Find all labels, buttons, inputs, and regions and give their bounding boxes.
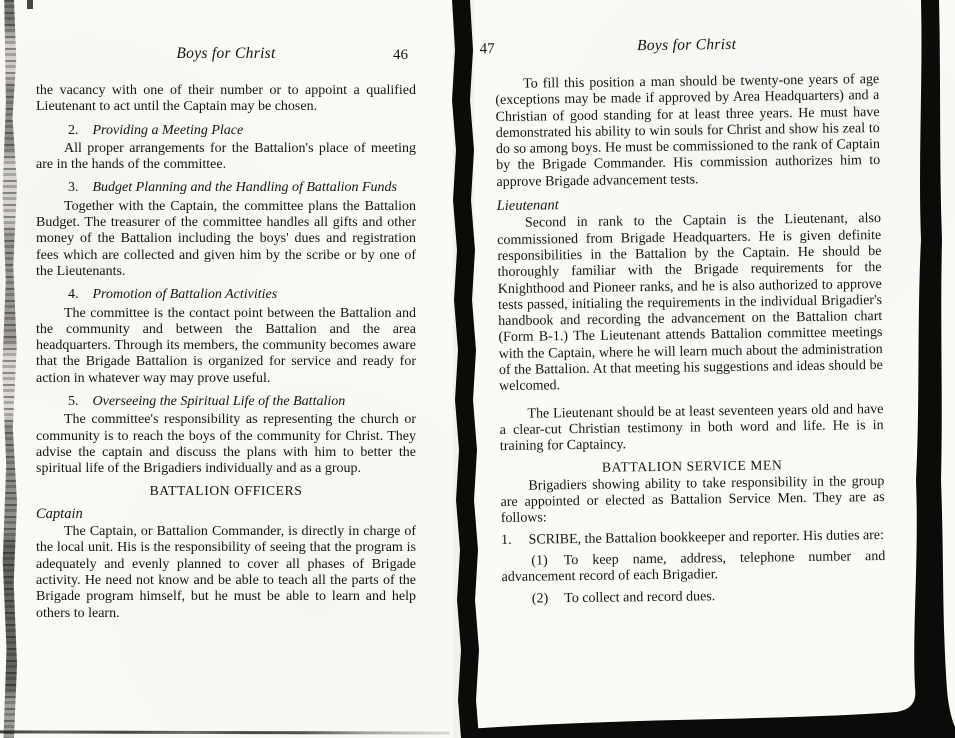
left-running-title: Boys for Christ — [36, 46, 416, 62]
section-number: 5. — [68, 394, 79, 409]
side-heading: Captain — [36, 506, 416, 522]
left-page-number: 46 — [393, 47, 408, 63]
right-running-header: Boys for Christ 47 — [495, 35, 879, 62]
paragraph: Second in rank to the Captain is the Lie… — [497, 211, 883, 395]
paragraph: All proper arrangements for the Battalio… — [36, 141, 416, 174]
list-item: 1.SCRIBE, the Battalion bookkeeper and r… — [501, 528, 885, 549]
paragraph: the vacancy with one of their number or … — [36, 83, 416, 116]
list-item-text: SCRIBE, the Battalion bookkeeper and rep… — [529, 528, 885, 548]
right-page-content: Boys for Christ 47 To fill this position… — [495, 35, 886, 608]
sub-item-number: (2) — [532, 591, 549, 606]
left-running-header: Boys for Christ 46 — [36, 46, 416, 68]
numbered-section-heading: 4.Promotion of Battalion Activities — [36, 287, 416, 303]
section-title: Providing a Meeting Place — [93, 123, 244, 138]
paragraph: Together with the Captain, the committee… — [36, 199, 416, 280]
right-page-number: 47 — [480, 41, 495, 57]
section-title: Promotion of Battalion Activities — [93, 287, 278, 302]
book-scan: Boys for Christ 46 the vacancy with one … — [0, 0, 955, 738]
list-item-number: 1. — [501, 533, 512, 548]
left-page-content: Boys for Christ 46 the vacancy with one … — [36, 46, 416, 622]
numbered-section-heading: 5.Overseeing the Spiritual Life of the B… — [36, 394, 416, 410]
section-number: 2. — [68, 123, 79, 138]
section-title: Overseeing the Spiritual Life of the Bat… — [93, 394, 346, 409]
paragraph: The Captain, or Battalion Commander, is … — [36, 524, 416, 622]
paragraph: The committee's responsibility as repres… — [36, 412, 416, 477]
sub-item-text: To keep name, address, telephone number … — [502, 549, 886, 585]
paragraph: Brigadiers showing ability to take respo… — [500, 474, 885, 528]
paragraph: The committee is the contact point betwe… — [36, 306, 416, 387]
sub-item-text: To collect and record dues. — [564, 589, 715, 606]
section-number: 4. — [68, 287, 79, 302]
centered-heading: BATTALION OFFICERS — [36, 483, 416, 499]
numbered-section-heading: 3.Budget Planning and the Handling of Ba… — [36, 180, 416, 196]
sub-item-number: (1) — [531, 553, 548, 568]
paragraph: The Lieutenant should be at least sevent… — [499, 402, 884, 456]
section-number: 3. — [68, 180, 79, 195]
section-title: Budget Planning and the Handling of Batt… — [93, 180, 397, 195]
numbered-section-heading: 2.Providing a Meeting Place — [36, 123, 416, 139]
sub-list-item: (1)To keep name, address, telephone numb… — [501, 549, 885, 587]
paragraph: To fill this position a man should be tw… — [495, 72, 880, 191]
